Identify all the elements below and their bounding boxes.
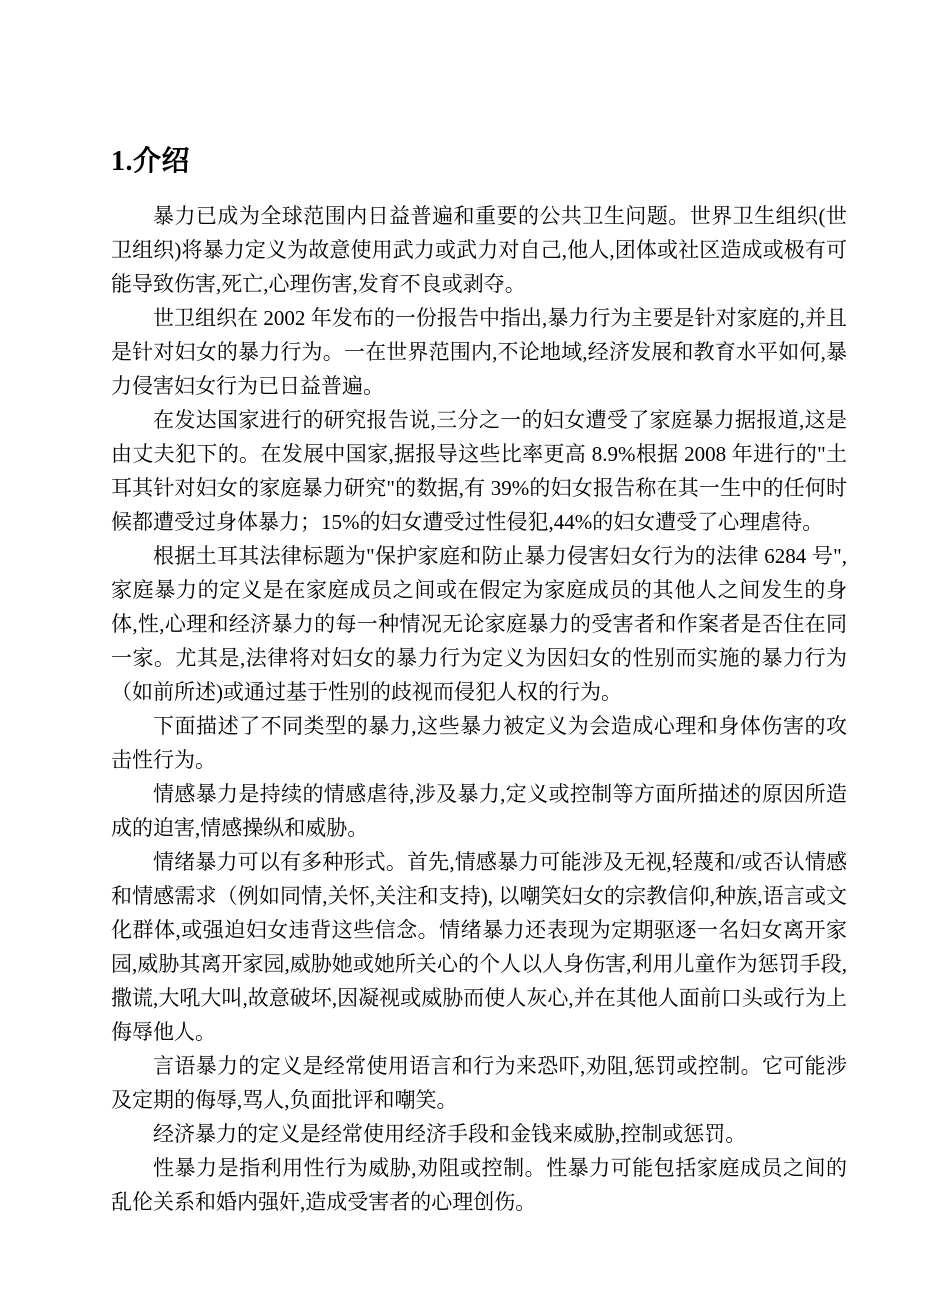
paragraph-violence-types-intro: 下面描述了不同类型的暴力,这些暴力被定义为会造成心理和身体伤害的攻击性行为。 (111, 709, 847, 777)
paragraph-economic-violence: 经济暴力的定义是经常使用经济手段和金钱来威胁,控制或惩罚。 (111, 1117, 847, 1151)
document-page: 1.介绍 暴力已成为全球范围内日益普遍和重要的公共卫生问题。世界卫生组织(世卫组… (0, 0, 926, 1309)
paragraph-intro-definition: 暴力已成为全球范围内日益普遍和重要的公共卫生问题。世界卫生组织(世卫组织)将暴力… (111, 199, 847, 301)
section-heading: 1.介绍 (111, 145, 847, 179)
paragraph-who-2002-report: 世卫组织在 2002 年发布的一份报告中指出,暴力行为主要是针对家庭的,并且是针… (111, 301, 847, 403)
paragraph-statistics: 在发达国家进行的研究报告说,三分之一的妇女遭受了家庭暴力据报道,这是由丈夫犯下的… (111, 403, 847, 539)
document-content: 1.介绍 暴力已成为全球范围内日益普遍和重要的公共卫生问题。世界卫生组织(世卫组… (111, 145, 847, 1219)
paragraph-sexual-violence: 性暴力是指利用性行为威胁,劝阻或控制。性暴力可能包括家庭成员之间的乱伦关系和婚内… (111, 1151, 847, 1219)
paragraph-emotional-violence-definition: 情感暴力是持续的情感虐待,涉及暴力,定义或控制等方面所描述的原因所造成的迫害,情… (111, 777, 847, 845)
paragraph-turkish-law-6284: 根据土耳其法律标题为"保护家庭和防止暴力侵害妇女行为的法律 6284 号",家庭… (111, 539, 847, 709)
paragraph-verbal-violence: 言语暴力的定义是经常使用语言和行为来恐吓,劝阻,惩罚或控制。它可能涉及定期的侮辱… (111, 1049, 847, 1117)
paragraph-emotional-violence-forms: 情绪暴力可以有多种形式。首先,情感暴力可能涉及无视,轻蔑和/或否认情感和情感需求… (111, 845, 847, 1049)
